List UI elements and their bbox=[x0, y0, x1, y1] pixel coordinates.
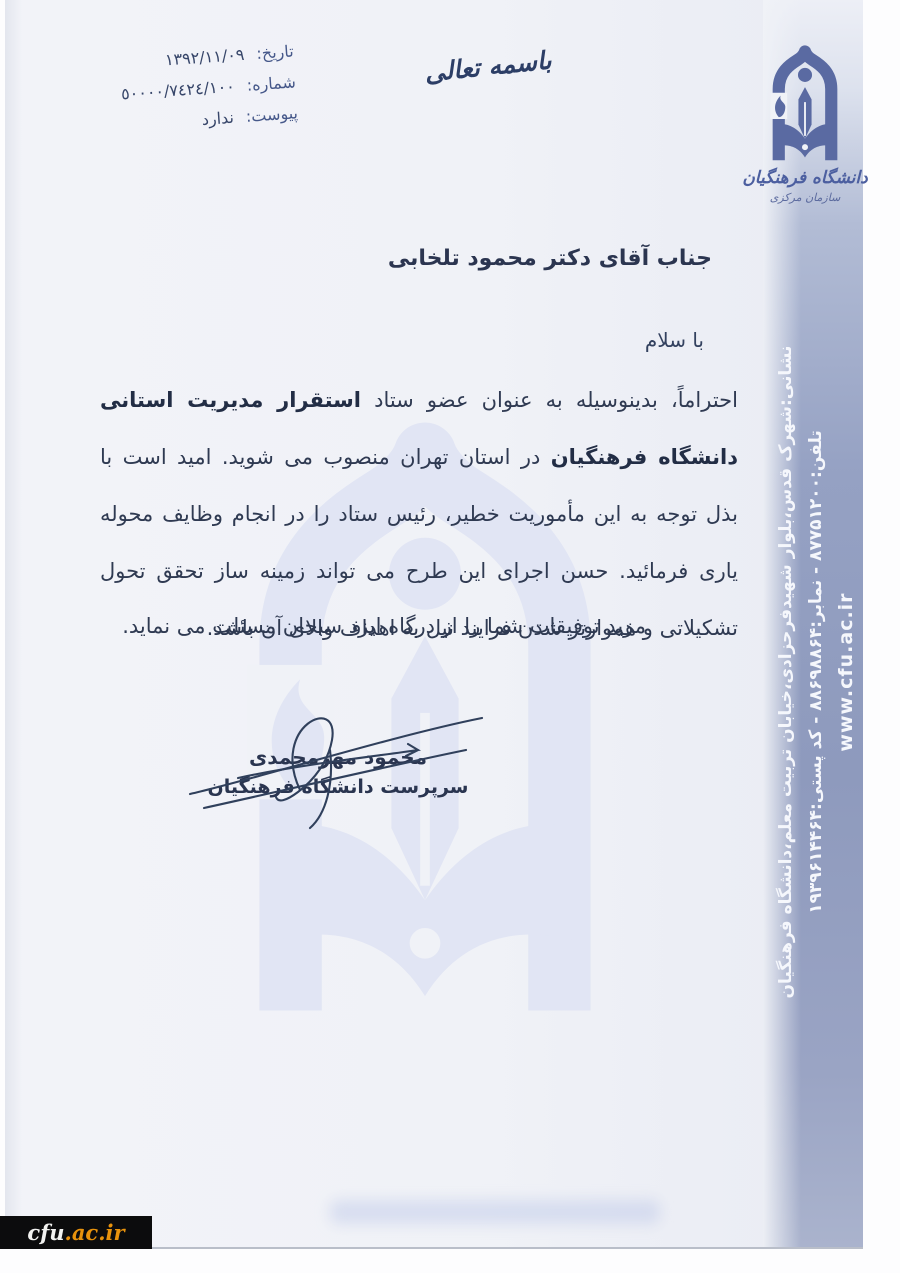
badge-cfu-text: cfu bbox=[27, 1220, 64, 1245]
letterhead-contact-strip: نشانی:شهرک قدس،بلوار شهیدفرحزادی،خیابان … bbox=[770, 92, 862, 1252]
closing-text: مزید توفیقات شما را از درگاه ایزد سبحان … bbox=[122, 598, 646, 655]
org-name: دانشگاه فرهنگیان bbox=[735, 168, 875, 188]
phone-fax-postal-line: تلفن:۸۷۷۵۱۲۰۰ - نمابر:۸۸۶۹۸۸۶۴ - کد پستی… bbox=[801, 92, 831, 1252]
university-emblem-icon bbox=[758, 44, 852, 164]
site-badge: cfu.ac.ir bbox=[0, 1216, 152, 1249]
attachment-label: پیوست: bbox=[245, 103, 298, 126]
attachment-value: ندارد bbox=[201, 108, 234, 129]
university-logo-block: دانشگاه فرهنگیان سازمان مرکزی bbox=[735, 44, 875, 204]
date-label: تاریخ: bbox=[256, 41, 294, 63]
handwritten-signature-icon bbox=[182, 692, 492, 832]
badge-acir-text: .ac.ir bbox=[65, 1220, 125, 1245]
closing-line: مزید توفیقات شما را از درگاه ایزد سبحان … bbox=[100, 598, 738, 655]
scanned-letter-page: { "header": { "date_label": "تاریخ:", "d… bbox=[0, 0, 900, 1273]
address-line: نشانی:شهرک قدس،بلوار شهیدفرحزادی،خیابان … bbox=[771, 92, 801, 1252]
date-value: ۱۳۹۲/۱۱/۰۹ bbox=[164, 45, 245, 70]
number-label: شماره: bbox=[246, 72, 296, 94]
letter-reference-fields: تاریخ: ۱۳۹۲/۱۱/۰۹ شماره: ٥٠٠٠٠/٧٤٢٤/١٠٠ … bbox=[45, 35, 299, 145]
bleed-through-smudge bbox=[330, 1200, 660, 1224]
website-line: www.cfu.ac.ir bbox=[831, 92, 861, 1252]
number-value: ٥٠٠٠٠/٧٤٢٤/١٠٠ bbox=[120, 77, 235, 104]
salutation-line: با سلام bbox=[645, 328, 704, 352]
org-subtitle: سازمان مرکزی bbox=[735, 191, 875, 204]
body-text-before: احتراماً، بدینوسیله به عنوان عضو ستاد bbox=[361, 388, 738, 412]
recipient-line: جناب آقای دکتر محمود تلخابی bbox=[388, 246, 712, 271]
